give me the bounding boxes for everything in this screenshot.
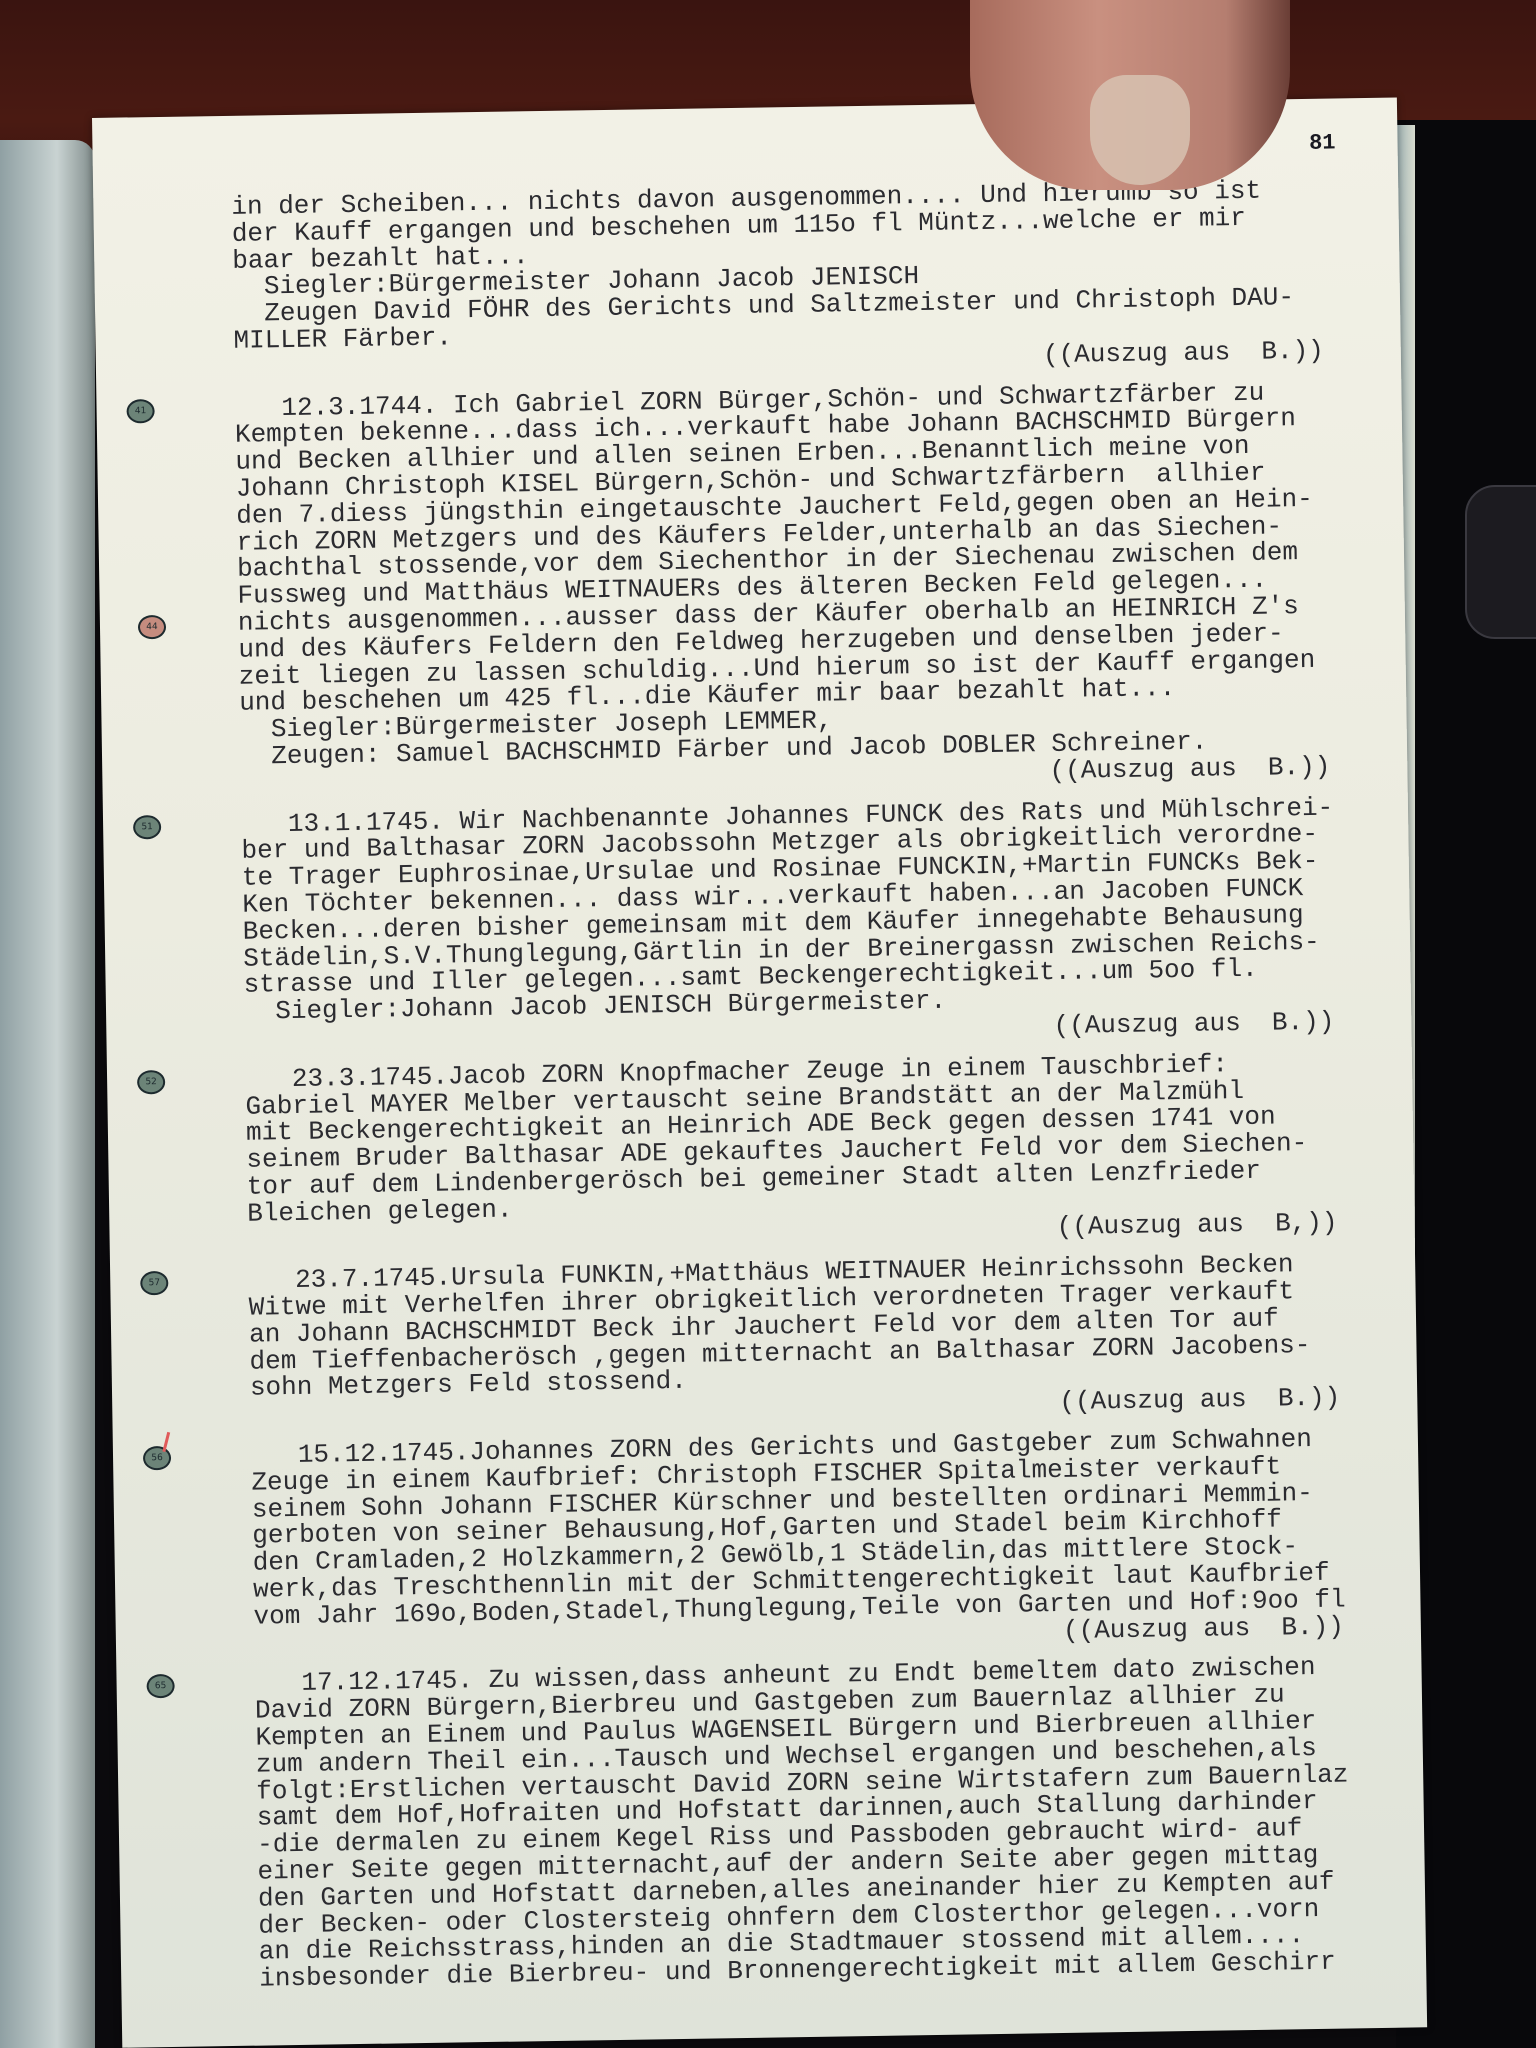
margin-circle-marker: 56 (143, 1446, 171, 1470)
record-entry: 52 23.3.1745.Jacob ZORN Knopfmacher Zeug… (245, 1049, 1378, 1254)
left-facing-page (0, 140, 95, 2048)
margin-circle-marker: 41 (126, 399, 154, 423)
margin-circle-marker: 65 (146, 1674, 174, 1698)
margin-circle-marker-pink: 44 (138, 615, 166, 639)
binder-clip (1465, 485, 1536, 639)
record-entry: 51 13.1.1745. Wir Nachbenannte Johannes … (241, 794, 1375, 1053)
document-page: 81 in der Scheiben... nichts davon ausge… (92, 98, 1427, 2048)
record-entry: 41 12.3.1744. Ich Gabriel ZORN Bürger,Sc… (234, 378, 1370, 798)
margin-circle-marker: 57 (140, 1271, 168, 1295)
page-number: 81 (1309, 130, 1336, 155)
fingernail (1090, 75, 1190, 185)
document-body: in der Scheiben... nichts davon ausgenom… (231, 176, 1389, 1993)
margin-circle-marker: 52 (137, 1070, 165, 1094)
continuation-block: in der Scheiben... nichts davon ausgenom… (231, 176, 1364, 381)
record-entry: 65 17.12.1745. Zu wissen,dass anheunt zu… (254, 1653, 1389, 1992)
record-entry: 56 15.12.1745.Johannes ZORN des Gerichts… (251, 1425, 1384, 1657)
margin-circle-marker: 51 (133, 815, 161, 839)
record-entry: 57 23.7.1745.Ursula FUNKIN,+Matthäus WEI… (248, 1250, 1380, 1429)
